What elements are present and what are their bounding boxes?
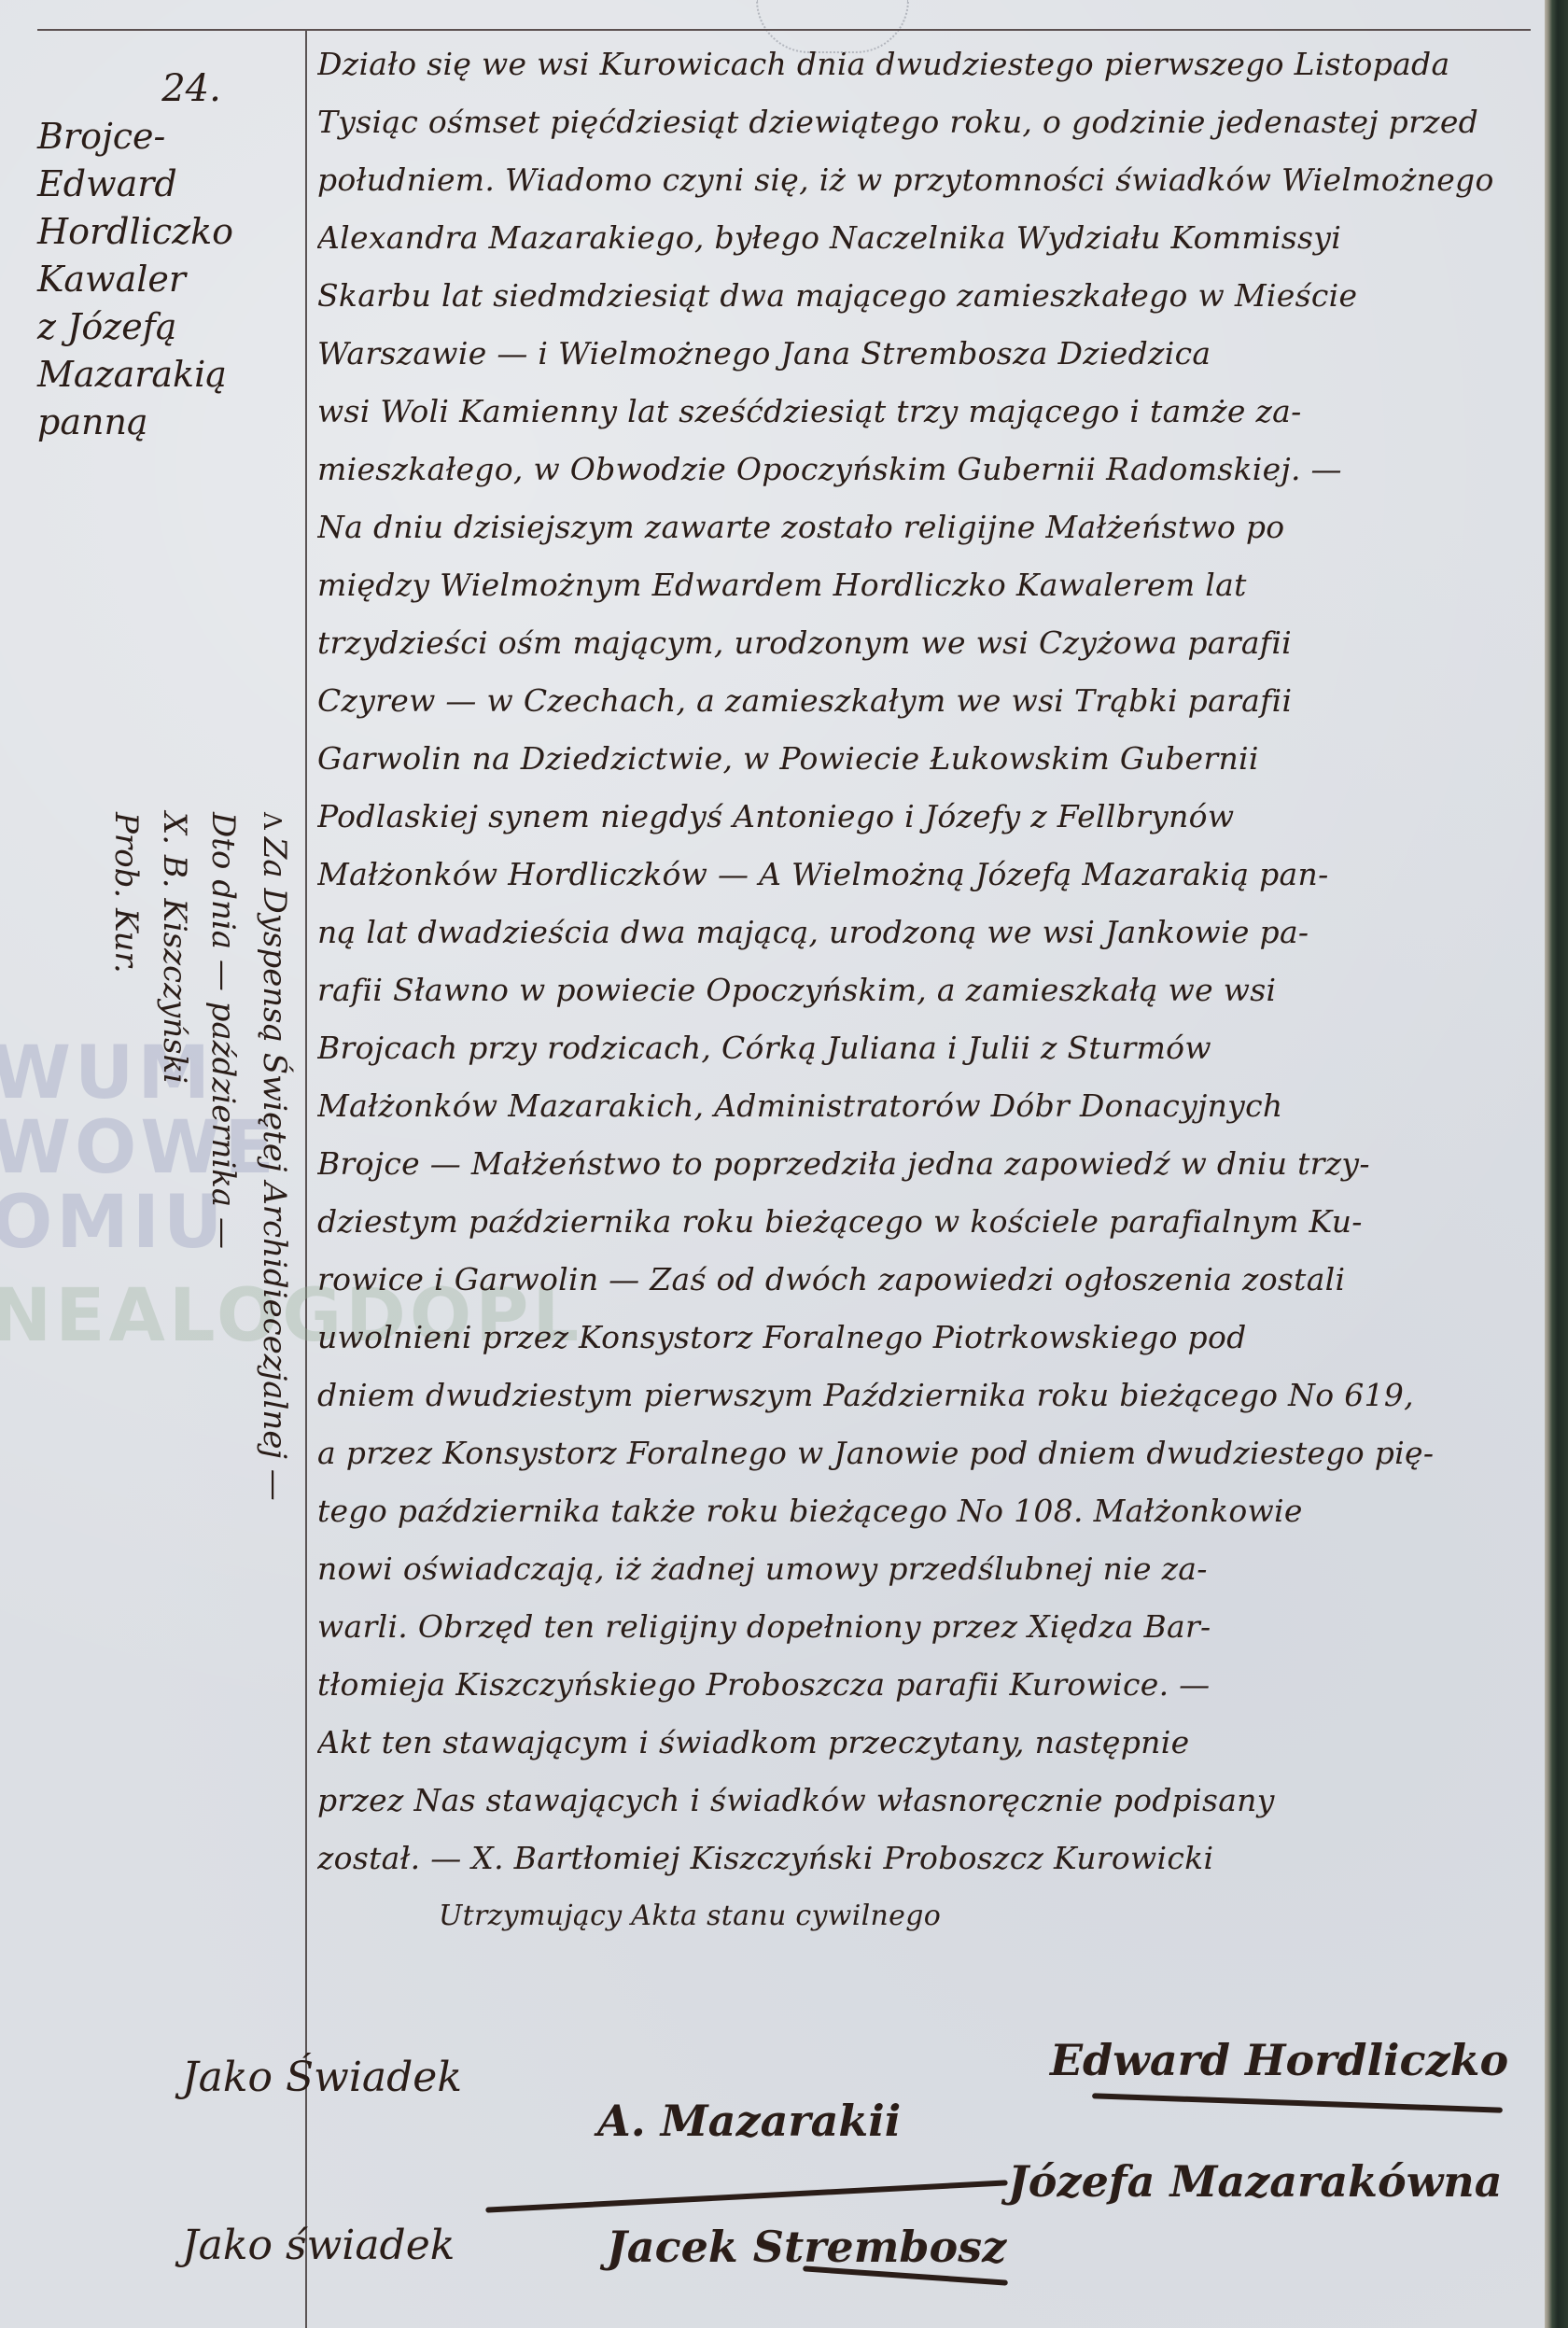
book-binding-edge bbox=[1545, 0, 1568, 2328]
body-line: dniem dwudziestym pierwszym Października… bbox=[317, 1367, 1531, 1424]
margin-line: Edward bbox=[37, 161, 289, 208]
margin-line: panną bbox=[37, 399, 289, 446]
body-line: Małżonków Mazarakich, Administratorów Dó… bbox=[317, 1077, 1531, 1135]
body-line: uwolnieni przez Konsystorz Foralnego Pio… bbox=[317, 1309, 1531, 1367]
body-line: tego października także roku bieżącego N… bbox=[317, 1482, 1531, 1540]
side-note-text: Za Dyspensą Świętej Archidiecezjalnej — bbox=[256, 837, 293, 1501]
body-line: został. — X. Bartłomiej Kiszczyński Prob… bbox=[317, 1830, 1531, 1887]
record-body: Działo się we wsi Kurowicach dnia dwudzi… bbox=[317, 35, 1531, 1945]
body-line: Tysiąc ośmset pięćdziesiąt dziewiątego r… bbox=[317, 93, 1531, 151]
body-line: Warszawie — i Wielmożnego Jana Strembosz… bbox=[317, 325, 1531, 383]
body-line: południem. Wiadomo czyni się, iż w przyt… bbox=[317, 151, 1531, 209]
signature-block: Edward Hordliczko Jako Świadek A. Mazara… bbox=[149, 1998, 1531, 2306]
signature-flourish bbox=[485, 2180, 1008, 2212]
margin-line: Brojce- bbox=[37, 113, 289, 161]
body-line: rowice i Garwolin — Zaś od dwóch zapowie… bbox=[317, 1251, 1531, 1309]
margin-line: z Józefą bbox=[37, 303, 289, 351]
body-line: tłomieja Kiszczyńskiego Proboszcza paraf… bbox=[317, 1656, 1531, 1714]
record-number: 24. bbox=[37, 65, 289, 113]
insertion-caret-icon: Λ bbox=[258, 812, 286, 830]
side-note-line: Prob. Kur. bbox=[102, 812, 150, 1634]
margin-line: Mazarakią bbox=[37, 351, 289, 399]
signature-flourish bbox=[1092, 2093, 1503, 2112]
rotated-side-note: ΛZa Dyspensą Świętej Archidiecezjalnej —… bbox=[56, 812, 299, 1634]
witness-label: Jako Świadek bbox=[182, 2054, 462, 2101]
body-line: Małżonków Hordliczków — A Wielmożną Józe… bbox=[317, 846, 1531, 904]
body-line: Na dniu dzisiejszym zawarte zostało reli… bbox=[317, 498, 1531, 556]
body-line: Czyrew — w Czechach, a zamieszkałym we w… bbox=[317, 672, 1531, 730]
witness-1-signature: A. Mazarakii bbox=[597, 2096, 901, 2146]
body-line: ną lat dwadzieścia dwa mającą, urodzoną … bbox=[317, 904, 1531, 961]
witness-2-signature: Jacek Strembosz bbox=[607, 2222, 1006, 2272]
body-line: Akt ten stawającym i świadkom przeczytan… bbox=[317, 1714, 1531, 1772]
groom-signature: Edward Hordliczko bbox=[1050, 2035, 1508, 2085]
body-line: rafii Sławno w powiecie Opoczyńskim, a z… bbox=[317, 961, 1531, 1019]
body-line: przez Nas stawających i świadków własnor… bbox=[317, 1772, 1531, 1830]
body-line: Podlaskiej synem niegdyś Antoniego i Józ… bbox=[317, 788, 1531, 846]
body-line: trzydzieści ośm mającym, urodzonym we ws… bbox=[317, 614, 1531, 672]
body-line: Utrzymujący Akta stanu cywilnego bbox=[317, 1887, 1531, 1945]
side-note-line: X. B. Kiszczyński bbox=[150, 812, 199, 1634]
register-page: WUM WOWE OMIU NEALOGDOPL 24. Brojce- Edw… bbox=[0, 0, 1545, 2328]
body-line: Skarbu lat siedmdziesiąt dwa mającego za… bbox=[317, 267, 1531, 325]
margin-line: Hordliczko bbox=[37, 208, 289, 256]
body-line: Działo się we wsi Kurowicach dnia dwudzi… bbox=[317, 35, 1531, 93]
side-note-line: Dto dnia — października — bbox=[199, 812, 247, 1634]
witness-label: Jako świadek bbox=[182, 2222, 455, 2269]
margin-entry: 24. Brojce- Edward Hordliczko Kawaler z … bbox=[37, 65, 289, 446]
body-line: Garwolin na Dziedzictwie, w Powiecie Łuk… bbox=[317, 730, 1531, 788]
body-line: a przez Konsystorz Foralnego w Janowie p… bbox=[317, 1424, 1531, 1482]
body-line: dziestym października roku bieżącego w k… bbox=[317, 1193, 1531, 1251]
margin-ruled-line bbox=[305, 29, 307, 2328]
body-line: nowi oświadczają, iż żadnej umowy przedś… bbox=[317, 1540, 1531, 1598]
bride-signature: Józefa Mazarakówna bbox=[1008, 2156, 1503, 2207]
body-line: Brojce — Małżeństwo to poprzedziła jedna… bbox=[317, 1135, 1531, 1193]
body-line: wsi Woli Kamienny lat sześćdziesiąt trzy… bbox=[317, 383, 1531, 441]
margin-line: Kawaler bbox=[37, 256, 289, 303]
body-line: między Wielmożnym Edwardem Hordliczko Ka… bbox=[317, 556, 1531, 614]
side-note-line: ΛZa Dyspensą Świętej Archidiecezjalnej — bbox=[247, 812, 299, 1634]
body-line: Alexandra Mazarakiego, byłego Naczelnika… bbox=[317, 209, 1531, 267]
body-line: warli. Obrzęd ten religijny dopełniony p… bbox=[317, 1598, 1531, 1656]
top-ruled-line bbox=[37, 29, 1531, 31]
body-line: mieszkałego, w Obwodzie Opoczyńskim Gube… bbox=[317, 441, 1531, 498]
body-line: Brojcach przy rodzicach, Córką Juliana i… bbox=[317, 1019, 1531, 1077]
